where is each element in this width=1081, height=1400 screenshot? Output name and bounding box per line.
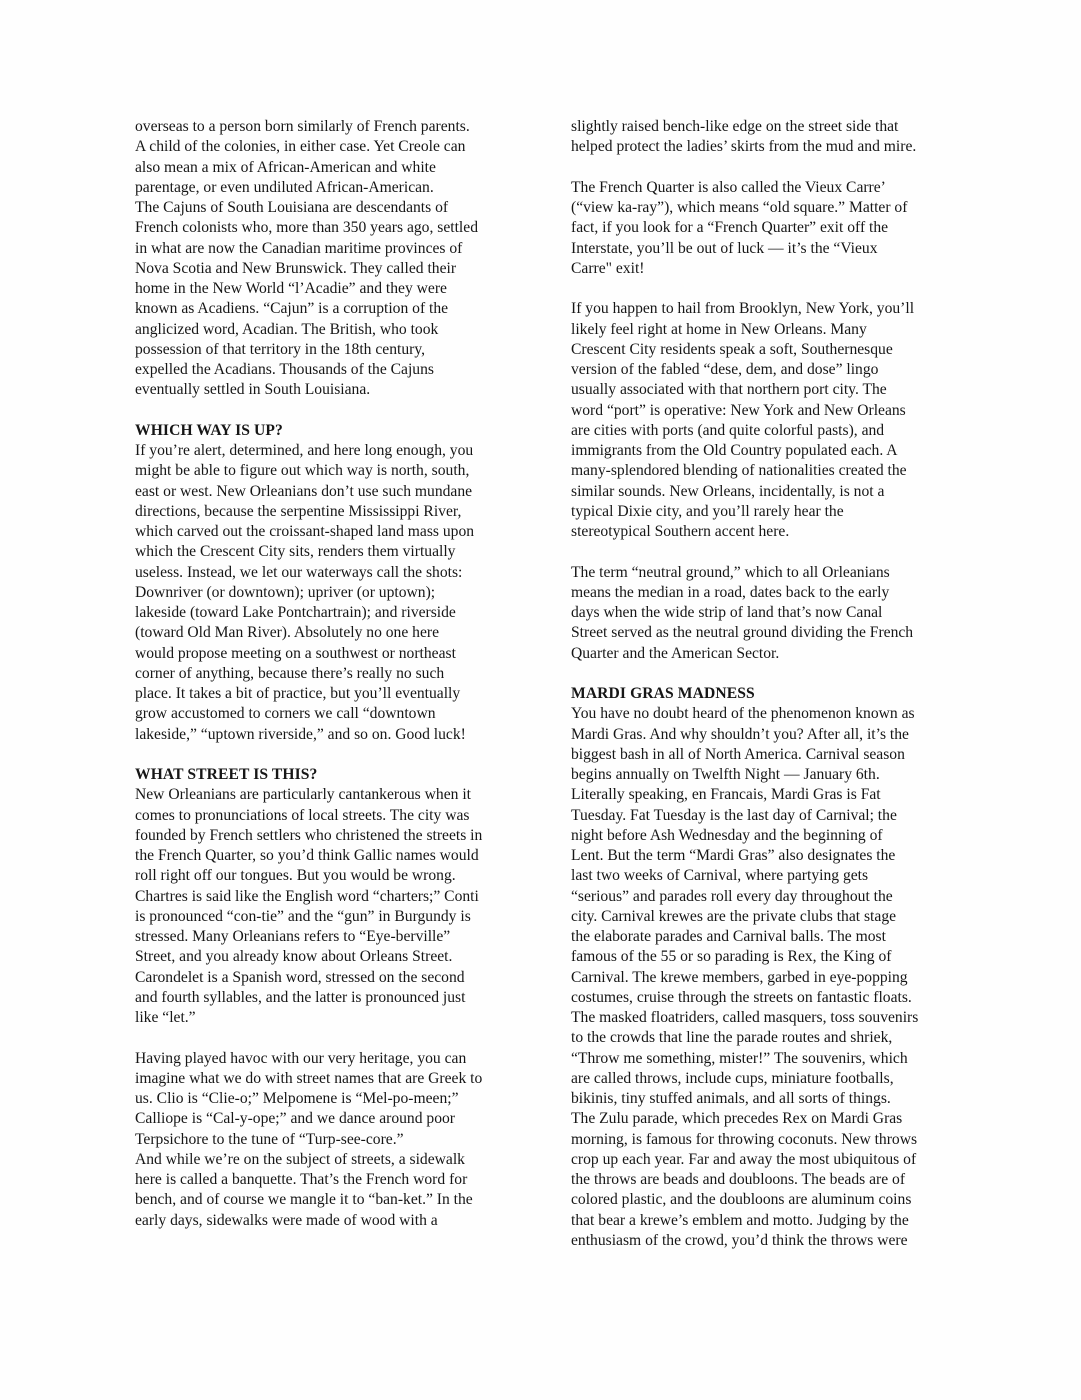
text-line: and fourth syllables, and the latter is … bbox=[135, 988, 555, 1008]
text-line: early days, sidewalks were made of wood … bbox=[135, 1211, 555, 1231]
text-line: would propose meeting on a southwest or … bbox=[135, 644, 555, 664]
text-line: The term “neutral ground,” which to all … bbox=[571, 563, 991, 583]
text-line: overseas to a person born similarly of F… bbox=[135, 117, 555, 137]
text-line: typical Dixie city, and you’ll rarely he… bbox=[571, 502, 991, 522]
text-line: Having played havoc with our very herita… bbox=[135, 1049, 555, 1069]
text-line: which the Crescent City sits, renders th… bbox=[135, 542, 555, 562]
text-line: Literally speaking, en Francais, Mardi G… bbox=[571, 785, 991, 805]
text-line: which carved out the croissant-shaped la… bbox=[135, 522, 555, 542]
text-line: possession of that territory in the 18th… bbox=[135, 340, 555, 360]
text-line: the French Quarter, so you’d think Galli… bbox=[135, 846, 555, 866]
text-line: that bear a krewe’s emblem and motto. Ju… bbox=[571, 1211, 991, 1231]
text-line: night before Ash Wednesday and the begin… bbox=[571, 826, 991, 846]
text-line: home in the New World “l’Acadie” and the… bbox=[135, 279, 555, 299]
spacer bbox=[571, 279, 991, 299]
text-line: costumes, cruise through the streets on … bbox=[571, 988, 991, 1008]
text-line: Carondelet is a Spanish word, stressed o… bbox=[135, 968, 555, 988]
text-line: grow accustomed to corners we call “down… bbox=[135, 704, 555, 724]
text-line: Lent. But the term “Mardi Gras” also des… bbox=[571, 846, 991, 866]
text-line: begins annually on Twelfth Night — Janua… bbox=[571, 765, 991, 785]
text-line: The French Quarter is also called the Vi… bbox=[571, 178, 991, 198]
text-line: New Orleanians are particularly cantanke… bbox=[135, 785, 555, 805]
text-line: lakeside (toward Lake Pontchartrain); an… bbox=[135, 603, 555, 623]
text-line: The Zulu parade, which precedes Rex on M… bbox=[571, 1109, 991, 1129]
text-line: many-splendored blending of nationalitie… bbox=[571, 461, 991, 481]
text-line: immigrants from the Old Country populate… bbox=[571, 441, 991, 461]
text-line: Street, and you already know about Orlea… bbox=[135, 947, 555, 967]
text-line: version of the fabled “dese, dem, and do… bbox=[571, 360, 991, 380]
text-line: parentage, or even undiluted African-Ame… bbox=[135, 178, 555, 198]
text-line: directions, because the serpentine Missi… bbox=[135, 502, 555, 522]
right-column: slightly raised bench-like edge on the s… bbox=[571, 117, 991, 1251]
text-line: corner of anything, because there’s real… bbox=[135, 664, 555, 684]
text-line: word “port” is operative: New York and N… bbox=[571, 401, 991, 421]
paragraph-banquette-continued: slightly raised bench-like edge on the s… bbox=[571, 117, 991, 158]
text-line: Terpsichore to the tune of “Turp-see-cor… bbox=[135, 1130, 555, 1150]
text-line: If you’re alert, determined, and here lo… bbox=[135, 441, 555, 461]
text-line: The Cajuns of South Louisiana are descen… bbox=[135, 198, 555, 218]
text-line: city. Carnival krewes are the private cl… bbox=[571, 907, 991, 927]
text-line: place. It takes a bit of practice, but y… bbox=[135, 684, 555, 704]
text-line: means the median in a road, dates back t… bbox=[571, 583, 991, 603]
text-line: Tuesday. Fat Tuesday is the last day of … bbox=[571, 806, 991, 826]
text-line: likely feel right at home in New Orleans… bbox=[571, 320, 991, 340]
text-line: last two weeks of Carnival, where partyi… bbox=[571, 866, 991, 886]
paragraph-creole-cajuns: overseas to a person born similarly of F… bbox=[135, 117, 555, 401]
text-line: lakeside,” “uptown riverside,” and so on… bbox=[135, 725, 555, 745]
text-line: roll right off our tongues. But you woul… bbox=[135, 866, 555, 886]
text-line: The masked floatriders, called masquers,… bbox=[571, 1008, 991, 1028]
text-line: (toward Old Man River). Absolutely no on… bbox=[135, 623, 555, 643]
text-line: Downriver (or downtown); upriver (or upt… bbox=[135, 583, 555, 603]
text-line: A child of the colonies, in either case.… bbox=[135, 137, 555, 157]
spacer bbox=[135, 401, 555, 421]
text-line: might be able to figure out which way is… bbox=[135, 461, 555, 481]
text-line: usually associated with that northern po… bbox=[571, 380, 991, 400]
text-line: the elaborate parades and Carnival balls… bbox=[571, 927, 991, 947]
text-line: in what are now the Canadian maritime pr… bbox=[135, 239, 555, 259]
text-line: And while we’re on the subject of street… bbox=[135, 1150, 555, 1170]
text-line: Street served as the neutral ground divi… bbox=[571, 623, 991, 643]
left-column: overseas to a person born similarly of F… bbox=[135, 117, 555, 1231]
text-line: founded by French settlers who christene… bbox=[135, 826, 555, 846]
text-line: Chartres is said like the English word “… bbox=[135, 887, 555, 907]
text-line: Mardi Gras. And why shouldn’t you? After… bbox=[571, 725, 991, 745]
text-line: colored plastic, and the doubloons are a… bbox=[571, 1190, 991, 1210]
text-line: are cities with ports (and quite colorfu… bbox=[571, 421, 991, 441]
text-line: fact, if you look for a “French Quarter”… bbox=[571, 218, 991, 238]
text-line: “serious” and parades roll every day thr… bbox=[571, 887, 991, 907]
spacer bbox=[571, 664, 991, 684]
text-line: (“view ka-ray”), which means “old square… bbox=[571, 198, 991, 218]
paragraph-neutral-ground: The term “neutral ground,” which to all … bbox=[571, 563, 991, 664]
text-line: Carnival. The krewe members, garbed in e… bbox=[571, 968, 991, 988]
spacer bbox=[571, 158, 991, 178]
spacer bbox=[571, 542, 991, 562]
text-line: bikinis, tiny stuffed animals, and all s… bbox=[571, 1089, 991, 1109]
text-line: us. Clio is “Clie-o;” Melpomene is “Mel-… bbox=[135, 1089, 555, 1109]
text-line: crop up each year. Far and away the most… bbox=[571, 1150, 991, 1170]
text-line: biggest bash in all of North America. Ca… bbox=[571, 745, 991, 765]
text-line: known as Acadiens. “Cajun” is a corrupti… bbox=[135, 299, 555, 319]
text-line: famous of the 55 or so parading is Rex, … bbox=[571, 947, 991, 967]
text-line: similar sounds. New Orleans, incidentall… bbox=[571, 482, 991, 502]
text-line: comes to pronunciations of local streets… bbox=[135, 806, 555, 826]
text-line: You have no doubt heard of the phenomeno… bbox=[571, 704, 991, 724]
text-line: French colonists who, more than 350 year… bbox=[135, 218, 555, 238]
text-line: enthusiasm of the crowd, you’d think the… bbox=[571, 1231, 991, 1251]
text-line: helped protect the ladies’ skirts from t… bbox=[571, 137, 991, 157]
text-line: useless. Instead, we let our waterways c… bbox=[135, 563, 555, 583]
text-line: Carre" exit! bbox=[571, 259, 991, 279]
text-line: stressed. Many Orleanians refers to “Eye… bbox=[135, 927, 555, 947]
text-line: morning, is famous for throwing coconuts… bbox=[571, 1130, 991, 1150]
text-line: here is called a banquette. That’s the F… bbox=[135, 1170, 555, 1190]
text-line: to the crowds that line the parade route… bbox=[571, 1028, 991, 1048]
text-line: “Throw me something, mister!” The souven… bbox=[571, 1049, 991, 1069]
text-line: If you happen to hail from Brooklyn, New… bbox=[571, 299, 991, 319]
text-line: east or west. New Orleanians don’t use s… bbox=[135, 482, 555, 502]
text-line: also mean a mix of African-American and … bbox=[135, 158, 555, 178]
text-line: anglicized word, Acadian. The British, w… bbox=[135, 320, 555, 340]
text-line: like “let.” bbox=[135, 1008, 555, 1028]
text-line: expelled the Acadians. Thousands of the … bbox=[135, 360, 555, 380]
section-what-street-is-this: WHAT STREET IS THIS? New Orleanians are … bbox=[135, 765, 555, 1231]
document-page: overseas to a person born similarly of F… bbox=[0, 0, 1081, 1400]
text-line: Crescent City residents speak a soft, So… bbox=[571, 340, 991, 360]
text-line: imagine what we do with street names tha… bbox=[135, 1069, 555, 1089]
spacer bbox=[135, 745, 555, 765]
text-line: are called throws, include cups, miniatu… bbox=[571, 1069, 991, 1089]
text-line: slightly raised bench-like edge on the s… bbox=[571, 117, 991, 137]
text-line: the throws are beads and doubloons. The … bbox=[571, 1170, 991, 1190]
text-line: days when the wide strip of land that’s … bbox=[571, 603, 991, 623]
text-line: Calliope is “Cal-y-ope;” and we dance ar… bbox=[135, 1109, 555, 1129]
spacer bbox=[135, 1028, 555, 1048]
section-which-way-is-up: WHICH WAY IS UP? If you’re alert, determ… bbox=[135, 421, 555, 745]
paragraph-brooklyn: If you happen to hail from Brooklyn, New… bbox=[571, 299, 991, 542]
text-line: Nova Scotia and New Brunswick. They call… bbox=[135, 259, 555, 279]
text-line: stereotypical Southern accent here. bbox=[571, 522, 991, 542]
section-heading: MARDI GRAS MADNESS bbox=[571, 684, 991, 704]
text-line: is pronounced “con-tie” and the “gun” in… bbox=[135, 907, 555, 927]
text-line: eventually settled in South Louisiana. bbox=[135, 380, 555, 400]
text-line: Quarter and the American Sector. bbox=[571, 644, 991, 664]
text-line: bench, and of course we mangle it to “ba… bbox=[135, 1190, 555, 1210]
text-line: Interstate, you’ll be out of luck — it’s… bbox=[571, 239, 991, 259]
section-heading: WHAT STREET IS THIS? bbox=[135, 765, 555, 785]
paragraph-vieux-carre: The French Quarter is also called the Vi… bbox=[571, 178, 991, 279]
section-heading: WHICH WAY IS UP? bbox=[135, 421, 555, 441]
section-mardi-gras-madness: MARDI GRAS MADNESS You have no doubt hea… bbox=[571, 684, 991, 1251]
